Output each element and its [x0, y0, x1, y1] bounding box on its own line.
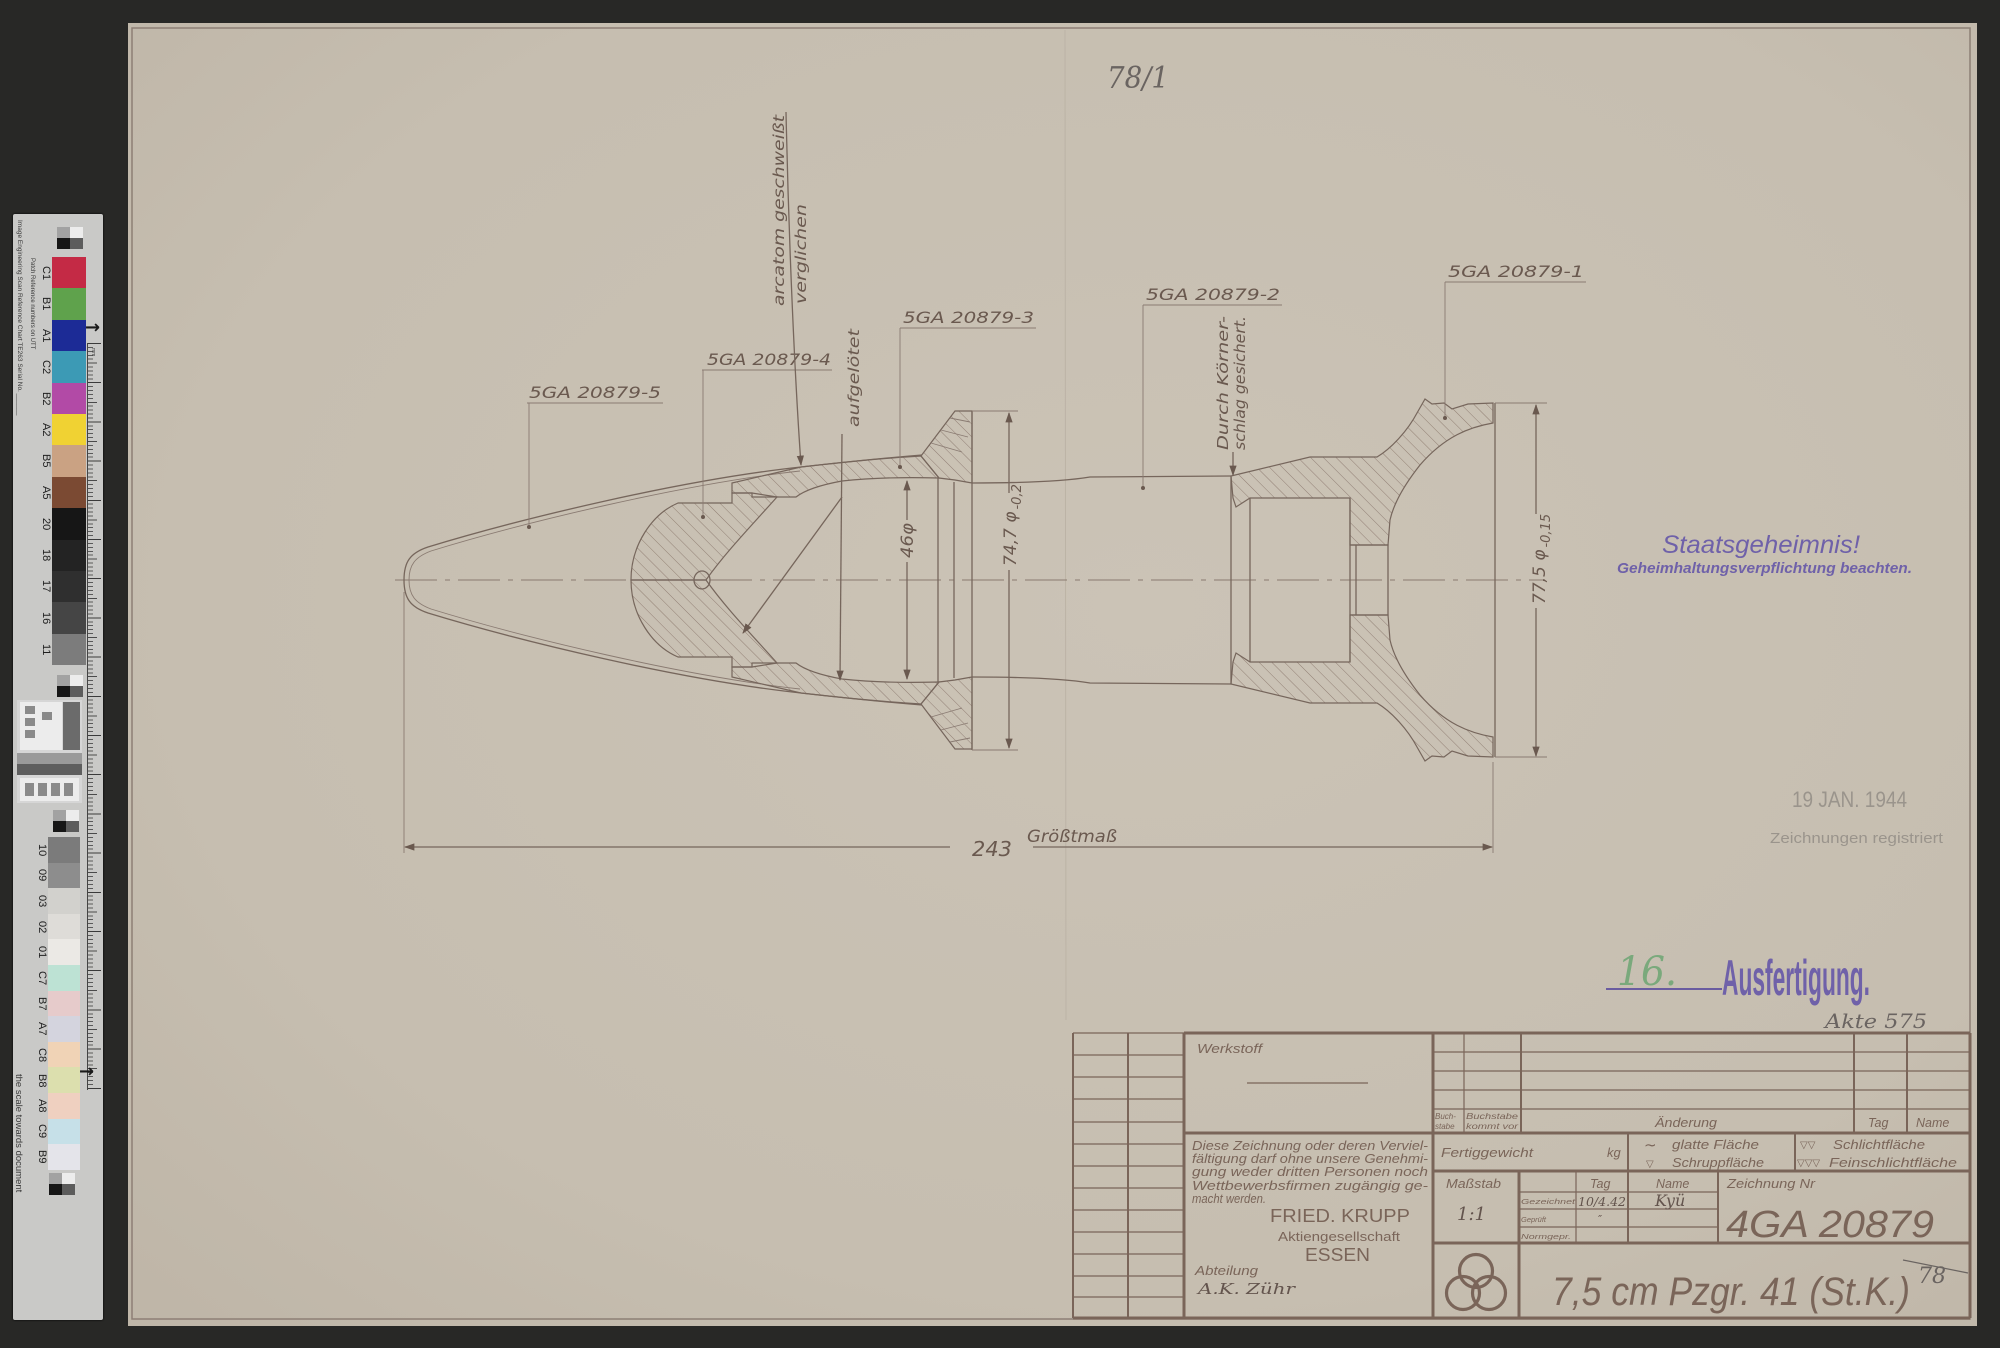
svg-text:19 JAN. 1944: 19 JAN. 1944	[1792, 787, 1907, 812]
svg-text:glatte Fläche: glatte Fläche	[1672, 1138, 1759, 1152]
svg-text:Name: Name	[1916, 1116, 1949, 1130]
svg-text:Name: Name	[1656, 1177, 1689, 1191]
svg-text:Gezeichnet: Gezeichnet	[1521, 1197, 1576, 1206]
drawn-signature: Kyü	[1654, 1191, 1685, 1210]
svg-text:Staatsgeheimnis!: Staatsgeheimnis!	[1662, 531, 1860, 559]
svg-text:5GA 20879-3: 5GA 20879-3	[903, 308, 1034, 327]
color-patch: 02	[32, 914, 80, 940]
svg-text:Geheimhaltungsverpflichtung be: Geheimhaltungsverpflichtung beachten.	[1617, 560, 1912, 577]
color-patch: 01	[32, 939, 80, 965]
color-patch: 16	[36, 602, 86, 633]
gray-reference-square	[57, 227, 83, 249]
svg-text:aufgelötet: aufgelötet	[845, 328, 863, 427]
patch-caption: Patch Reference numbers on UTT	[29, 258, 35, 349]
drawing-number: 4GA 20879	[1726, 1204, 1934, 1246]
gray-reference-square	[49, 1173, 75, 1195]
sheet-mark: 78/1	[1107, 61, 1169, 96]
svg-text:▽: ▽	[1646, 1159, 1654, 1170]
svg-text:Diese Zeichnung oder deren Ver: Diese Zeichnung oder deren Verviel-	[1192, 1139, 1428, 1153]
svg-text:Schlichtfläche: Schlichtfläche	[1833, 1138, 1925, 1152]
scanned-drawing: 78/1 46φ	[0, 0, 2000, 1348]
arrow-right-icon: →	[79, 1067, 94, 1077]
color-patch: 20	[36, 508, 86, 539]
color-patch: C8	[32, 1042, 80, 1068]
material-label: Werkstoff	[1197, 1041, 1264, 1056]
drawing-title: 7,5 cm Pzgr. 41 (St.K.)	[1552, 1270, 1910, 1314]
chart-caption: Image Engineering Scan Reference Chart T…	[16, 220, 23, 415]
color-patch: 10	[32, 837, 80, 863]
color-patch: 09	[32, 863, 80, 889]
resolution-target	[17, 700, 82, 803]
color-patch: C1	[36, 257, 86, 288]
color-patch: A5	[36, 477, 86, 508]
company-name: FRIED. KRUPP	[1270, 1206, 1410, 1226]
company-city: ESSEN	[1305, 1245, 1370, 1265]
color-patch: C9	[32, 1119, 80, 1145]
svg-text:fältigung darf ohne unsere Gen: fältigung darf ohne unsere Genehmi-	[1192, 1152, 1428, 1166]
color-patch: 11	[36, 634, 86, 665]
color-patch: A1	[36, 320, 86, 351]
color-patch: C2	[36, 351, 86, 382]
svg-text:Buch-: Buch-	[1435, 1112, 1456, 1121]
svg-text:Schruppfläche: Schruppfläche	[1672, 1156, 1764, 1170]
color-patches-bottom: 10 09 03 02 01 C7 B7 A7 C8 B8 A8 C9 B9	[32, 837, 80, 1170]
scale-caption: the scale towards document	[13, 1074, 24, 1192]
color-patch: A8	[32, 1093, 80, 1119]
color-patches-top: C1 B1 A1 C2 B2 A2 B5 A5 20 18 17 16 11	[36, 257, 86, 665]
color-patch: 03	[32, 888, 80, 914]
svg-text:macht werden.: macht werden.	[1192, 1192, 1266, 1206]
color-patch: B5	[36, 445, 86, 476]
svg-text:verglichen: verglichen	[792, 204, 810, 304]
svg-text:Zeichnungen registriert: Zeichnungen registriert	[1770, 830, 1944, 847]
drawn-date: 10/4.42	[1578, 1195, 1626, 1209]
svg-text:243: 243	[972, 837, 1012, 861]
department-label: Abteilung	[1194, 1264, 1258, 1278]
file-note: Akte 575	[1823, 1009, 1927, 1033]
svg-text:Buchstabe: Buchstabe	[1466, 1112, 1519, 1121]
svg-text:46φ: 46φ	[898, 522, 918, 558]
drawing-number-label: Zeichnung Nr	[1726, 1176, 1816, 1191]
svg-text:5GA 20879-1: 5GA 20879-1	[1448, 262, 1584, 281]
svg-text:gung weder dritten Personen no: gung weder dritten Personen noch	[1192, 1165, 1428, 1179]
paper-sheet	[128, 23, 1977, 1326]
color-patch: 17	[36, 571, 86, 602]
color-patch: A7	[32, 1016, 80, 1042]
color-patch: C7	[32, 965, 80, 991]
revision-change-header: Änderung	[1654, 1116, 1717, 1130]
svg-text:Normgepr.: Normgepr.	[1521, 1232, 1571, 1241]
svg-text:5GA 20879-5: 5GA 20879-5	[529, 383, 661, 402]
svg-text:▽▽: ▽▽	[1800, 1140, 1816, 1151]
scale-label: Maßstab	[1446, 1177, 1501, 1191]
svg-text:Tag: Tag	[1590, 1177, 1610, 1191]
svg-text:Tag: Tag	[1868, 1116, 1888, 1130]
svg-text:Größtmaß: Größtmaß	[1027, 827, 1117, 847]
svg-text:∼: ∼	[1644, 1137, 1657, 1154]
color-patch: 18	[36, 540, 86, 571]
color-reference-chart: Image Engineering Scan Reference Chart T…	[13, 214, 103, 1320]
svg-text:kg: kg	[1607, 1145, 1622, 1160]
color-patch: B8	[32, 1067, 80, 1093]
svg-text:Durch Körner-: Durch Körner-	[1214, 316, 1232, 450]
color-patch: B7	[32, 991, 80, 1017]
ruler-unit: mm	[90, 348, 96, 356]
svg-text:arcatom geschweißt: arcatom geschweißt	[770, 114, 788, 306]
svg-text:Wettbewerbsfirmen zugängig ge-: Wettbewerbsfirmen zugängig ge-	[1192, 1179, 1428, 1193]
color-patch: B1	[36, 288, 86, 319]
department-value: A.K. Zühr	[1195, 1280, 1296, 1298]
color-patch: B2	[36, 383, 86, 414]
gray-reference-square	[53, 810, 79, 832]
finished-weight-label: Fertiggewicht	[1441, 1145, 1535, 1160]
svg-text:Feinschlichtfläche: Feinschlichtfläche	[1829, 1156, 1957, 1170]
svg-text:Geprüft: Geprüft	[1521, 1215, 1547, 1224]
svg-text:kommt vor: kommt vor	[1466, 1122, 1518, 1131]
svg-text:5GA 20879-2: 5GA 20879-2	[1146, 285, 1280, 304]
svg-text:▽▽▽: ▽▽▽	[1797, 1158, 1820, 1169]
mm-ruler	[87, 343, 101, 1090]
color-patch: B9	[32, 1144, 80, 1170]
svg-text:5GA 20879-4: 5GA 20879-4	[707, 350, 831, 369]
gray-reference-square	[57, 675, 83, 697]
scale-value: 1:1	[1457, 1204, 1486, 1225]
color-patch: A2	[36, 414, 86, 445]
company-type: Aktiengesellschaft	[1278, 1230, 1401, 1244]
svg-text:Ausfertigung.: Ausfertigung.	[1722, 950, 1870, 1006]
arrow-right-icon: →	[85, 323, 100, 333]
svg-text:stabe: stabe	[1435, 1122, 1455, 1131]
svg-text:schlag gesichert.: schlag gesichert.	[1231, 316, 1249, 450]
